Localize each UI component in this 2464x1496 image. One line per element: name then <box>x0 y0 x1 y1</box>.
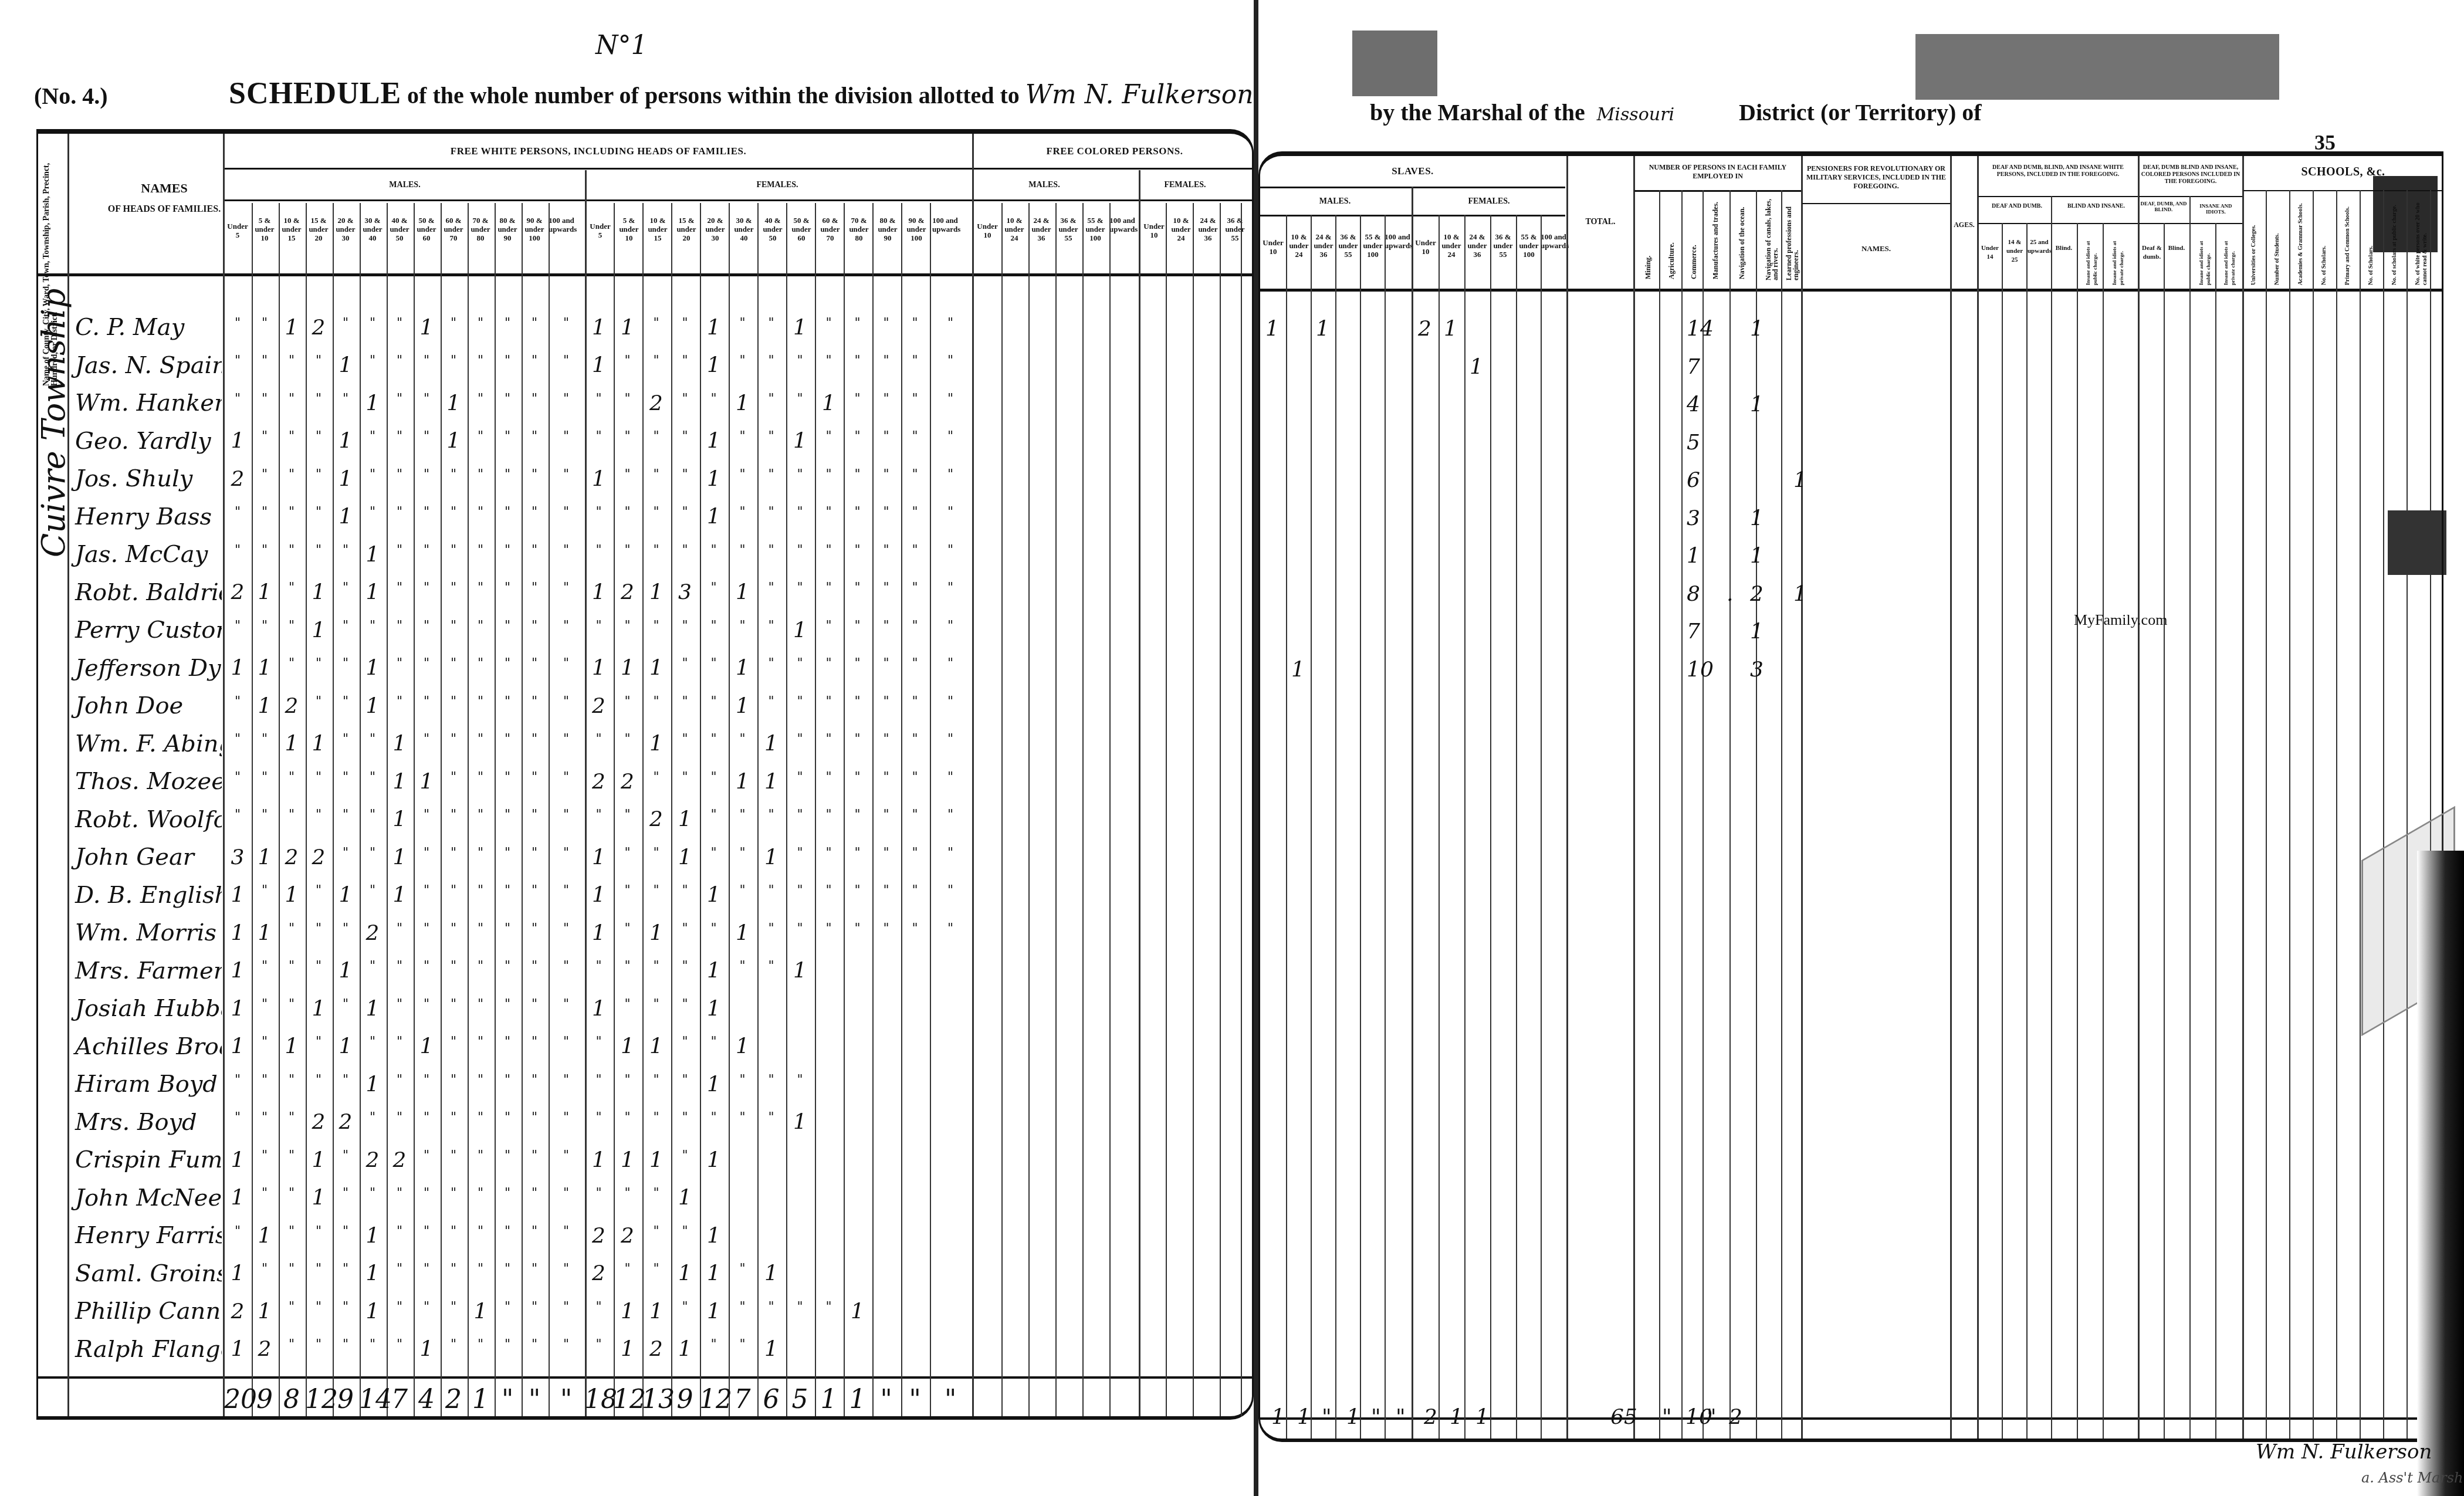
count-cell <box>872 1148 901 1172</box>
count-cell: " <box>699 845 728 869</box>
count-cell: 3 <box>224 845 251 869</box>
count-cell: " <box>305 1337 332 1361</box>
age-col-label: Under 5 <box>587 222 613 239</box>
count-cell: " <box>642 770 671 794</box>
count-cell: " <box>386 656 413 680</box>
count-cell: " <box>671 1224 699 1248</box>
count-cell: " <box>521 959 548 983</box>
count-cell: 1 <box>359 1224 386 1248</box>
count-cell: 1 <box>224 1186 251 1210</box>
deaf-white-sub: DEAF AND DUMB. <box>1979 203 2055 209</box>
count-cell: " <box>548 959 584 983</box>
column-divider <box>1801 156 1803 1439</box>
count-cell: 1 <box>251 1224 278 1248</box>
count-cell: " <box>584 1299 613 1324</box>
age-col-label: 36 & under 55 <box>1055 216 1081 242</box>
count-cell: " <box>521 1034 548 1058</box>
count-cell: " <box>332 618 359 642</box>
count-cell: " <box>521 1072 548 1096</box>
count-cell: 1 <box>278 883 305 907</box>
count-cell <box>901 1072 929 1096</box>
count-cell: " <box>901 921 929 945</box>
count-cell: " <box>699 732 728 756</box>
total-cell: " <box>494 1385 521 1414</box>
count-cell <box>843 959 872 983</box>
household-row: Achilles Broadhead1"1"1""1""""""11""1 <box>40 1028 1248 1066</box>
count-cell: " <box>548 580 584 604</box>
slave-count-cell: 1 <box>1291 658 1305 682</box>
count-cell <box>757 1034 786 1058</box>
household-row: Hiram Boyd"""""1"""""""""""1""" <box>40 1065 1248 1104</box>
count-cell: " <box>251 505 278 529</box>
age-col-label: 40 & under 50 <box>760 216 786 242</box>
count-cell <box>786 1148 814 1172</box>
age-col-label: 50 & under 60 <box>788 216 814 242</box>
count-cell: " <box>786 921 814 945</box>
count-cell: " <box>359 353 386 377</box>
total-cell: " <box>929 1385 972 1414</box>
count-cell: 1 <box>699 997 728 1021</box>
count-cell: " <box>278 1261 305 1285</box>
employed-count-cell: 1 <box>1750 544 1764 568</box>
count-cell: " <box>671 883 699 907</box>
count-cell: " <box>494 997 521 1021</box>
count-cell: " <box>278 391 305 415</box>
count-cell: 2 <box>386 1148 413 1172</box>
count-cell: " <box>521 467 548 491</box>
count-cell: 2 <box>613 1224 642 1248</box>
count-cell: " <box>671 656 699 680</box>
column-divider <box>2289 190 2290 1439</box>
head-of-family-name: Hiram Boyd <box>40 1071 222 1098</box>
count-cell: " <box>467 921 494 945</box>
column-divider <box>2215 223 2216 1439</box>
count-cell: " <box>814 429 843 453</box>
count-cell: " <box>699 921 728 945</box>
deaf-col-label: 14 & under 25 <box>2003 238 2026 265</box>
count-cell: " <box>494 1110 521 1134</box>
count-cell: " <box>386 467 413 491</box>
count-cell <box>843 1337 872 1361</box>
count-cell: " <box>278 770 305 794</box>
count-cell: " <box>251 1186 278 1210</box>
count-cell: " <box>440 543 467 567</box>
totals-rule <box>1260 1417 2442 1420</box>
count-cell: " <box>359 505 386 529</box>
count-cell: " <box>901 883 929 907</box>
count-cell: " <box>278 959 305 983</box>
count-cell: 1 <box>359 1072 386 1096</box>
head-of-family-name: Achilles Broadhead <box>40 1033 222 1060</box>
count-cell: " <box>386 997 413 1021</box>
count-cell: " <box>814 618 843 642</box>
count-cell: " <box>548 807 584 831</box>
count-cell <box>728 1148 757 1172</box>
count-cell: " <box>332 580 359 604</box>
count-cell: " <box>305 921 332 945</box>
count-cell: " <box>440 656 467 680</box>
count-cell: 1 <box>728 580 757 604</box>
count-cell: " <box>305 770 332 794</box>
count-cell: " <box>929 618 972 642</box>
age-col-label: 40 & under 50 <box>387 216 412 242</box>
count-cell: " <box>613 694 642 718</box>
column-divider <box>1360 215 1361 1439</box>
count-cell: " <box>521 543 548 567</box>
count-cell <box>872 1110 901 1134</box>
group-rule <box>2139 196 2242 197</box>
count-cell: " <box>642 618 671 642</box>
age-col-label: 5 & under 10 <box>252 216 277 242</box>
count-cell: " <box>728 1072 757 1096</box>
count-cell: " <box>386 1337 413 1361</box>
count-cell: " <box>872 656 901 680</box>
count-cell: " <box>584 429 613 453</box>
column-divider <box>2383 190 2384 1439</box>
household-row: John Doe"12""1"""""""2""""1""""""" <box>40 687 1248 725</box>
count-cell: 1 <box>359 997 386 1021</box>
count-cell: " <box>613 353 642 377</box>
age-col-label: 20 & under 30 <box>333 216 358 242</box>
row-total-cell: 5 <box>1687 431 1700 455</box>
count-cell: " <box>386 1034 413 1058</box>
household-row: Saml. Groins1""""1"""""""2""11"1 <box>40 1255 1248 1293</box>
household-row: Thos. Mozee""""""11"""""22"""11"""""" <box>40 763 1248 801</box>
schools-col-label: Primary and Common Schools. <box>2344 197 2351 285</box>
employed-count-cell: 1 <box>1750 620 1764 644</box>
count-cell: 1 <box>305 1186 332 1210</box>
count-cell: " <box>929 467 972 491</box>
head-of-family-name: John Gear <box>40 844 222 871</box>
employed-col-label: Mining. <box>1644 209 1651 279</box>
count-cell: " <box>757 580 786 604</box>
count-cell: 1 <box>642 580 671 604</box>
count-cell: " <box>548 316 584 340</box>
count-cell: " <box>814 694 843 718</box>
count-cell: 1 <box>305 580 332 604</box>
household-row: Wm. Morris11"""2"""""""1"1""1""""""" <box>40 914 1248 952</box>
header-suffix: District (or Territory) of <box>1739 99 1982 126</box>
count-cell: " <box>671 618 699 642</box>
count-cell: " <box>548 770 584 794</box>
count-cell: 1 <box>786 1110 814 1134</box>
count-cell: " <box>251 391 278 415</box>
count-cell: " <box>929 580 972 604</box>
count-cell: 1 <box>224 921 251 945</box>
count-cell: " <box>814 656 843 680</box>
count-cell: " <box>278 997 305 1021</box>
count-cell: 1 <box>386 807 413 831</box>
count-cell: " <box>548 391 584 415</box>
count-cell: " <box>671 391 699 415</box>
count-cell: " <box>548 1337 584 1361</box>
age-col-label: 100 and upwards <box>1385 232 1410 250</box>
total-cell: " <box>872 1385 901 1414</box>
count-cell: 1 <box>699 1224 728 1248</box>
employed-header: NUMBER OF PERSONS IN EACH FAMILY EMPLOYE… <box>1636 163 1800 181</box>
count-cell: " <box>440 807 467 831</box>
count-cell <box>814 1034 843 1058</box>
age-col-label: 15 & under 20 <box>673 216 699 242</box>
count-cell: " <box>359 959 386 983</box>
colored-males-label: MALES. <box>977 181 1112 190</box>
count-cell: 1 <box>386 732 413 756</box>
count-cell: " <box>440 1299 467 1324</box>
age-col-label: 100 and upwards <box>549 216 574 233</box>
count-cell: 1 <box>642 1299 671 1324</box>
count-cell: 1 <box>699 353 728 377</box>
employed-count-cell: 3 <box>1750 658 1764 682</box>
age-col-label: 70 & under 80 <box>468 216 493 242</box>
count-cell: 1 <box>359 656 386 680</box>
column-divider <box>1756 190 1757 1439</box>
count-cell: 1 <box>843 1299 872 1324</box>
subgroup-rule <box>225 199 972 201</box>
employed-col-label: Manufactures and trades. <box>1712 197 1719 279</box>
count-cell: " <box>901 656 929 680</box>
count-cell: " <box>278 656 305 680</box>
count-cell <box>757 1186 786 1210</box>
count-cell: 1 <box>332 505 359 529</box>
count-cell: " <box>642 467 671 491</box>
count-cell <box>786 997 814 1021</box>
count-cell: 1 <box>671 1186 699 1210</box>
page-mark: N°1 <box>595 31 648 60</box>
count-cell: 2 <box>305 1110 332 1134</box>
count-cell: " <box>440 1034 467 1058</box>
count-cell: " <box>901 580 929 604</box>
head-of-family-name: Geo. Yardly <box>40 428 222 455</box>
count-cell <box>929 1299 972 1324</box>
count-cell: " <box>521 505 548 529</box>
tape-patch <box>1915 34 2279 100</box>
count-cell: " <box>413 1148 440 1172</box>
count-cell: 1 <box>728 921 757 945</box>
row-total-cell: 3 <box>1687 506 1700 530</box>
count-cell: " <box>786 505 814 529</box>
count-cell: " <box>814 845 843 869</box>
count-cell <box>872 1224 901 1248</box>
total-cell: 20 <box>224 1385 251 1414</box>
count-cell: " <box>757 316 786 340</box>
deaf-white-sub: BLIND AND INSANE. <box>2058 203 2134 209</box>
count-cell: " <box>872 543 901 567</box>
count-cell: " <box>413 883 440 907</box>
count-cell: 1 <box>728 1034 757 1058</box>
count-cell <box>843 997 872 1021</box>
column-divider <box>2002 223 2003 1439</box>
count-cell: " <box>786 845 814 869</box>
count-cell: 2 <box>359 921 386 945</box>
row-total-cell: 6 <box>1687 468 1700 492</box>
count-cell: " <box>521 316 548 340</box>
count-cell: " <box>413 467 440 491</box>
column-divider <box>2103 223 2104 1439</box>
count-cell: " <box>467 391 494 415</box>
count-cell: 1 <box>584 883 613 907</box>
slave-count-cell: 1 <box>1470 355 1483 379</box>
household-row: Josiah Hubbard1""1"1"""""""1"""1 <box>40 990 1248 1028</box>
count-cell: 1 <box>699 429 728 453</box>
household-row: Robt. Baldridge21"1"1"""""""1213"1""""""… <box>40 574 1248 612</box>
count-cell <box>843 1072 872 1096</box>
count-cell: " <box>332 1299 359 1324</box>
count-cell: " <box>521 1148 548 1172</box>
deaf-colored-sub: INSANE AND IDIOTS. <box>2190 203 2242 215</box>
count-cell: " <box>467 1337 494 1361</box>
column-divider <box>1729 190 1731 1439</box>
household-row: Jos. Shuly2"""1""""""""1"""1"""""""" <box>40 460 1248 498</box>
count-cell: " <box>521 1299 548 1324</box>
employed-total-cell: " <box>1707 1405 1717 1429</box>
header-bottom-rule <box>38 273 1252 276</box>
count-cell: " <box>642 845 671 869</box>
count-cell: " <box>440 1224 467 1248</box>
count-cell: 1 <box>386 770 413 794</box>
count-cell: " <box>699 543 728 567</box>
count-cell: " <box>386 353 413 377</box>
head-of-family-name: Phillip Cannon <box>40 1298 222 1325</box>
count-cell <box>929 1034 972 1058</box>
count-cell: 1 <box>642 1034 671 1058</box>
count-cell: " <box>440 618 467 642</box>
count-cell: " <box>671 1110 699 1134</box>
count-cell: " <box>413 1110 440 1134</box>
count-cell: " <box>278 543 305 567</box>
count-cell: 1 <box>613 656 642 680</box>
count-cell: " <box>332 770 359 794</box>
count-cell: " <box>440 694 467 718</box>
age-col-label: 10 & under 15 <box>279 216 304 242</box>
count-cell: 1 <box>642 656 671 680</box>
column-divider <box>1311 215 1312 1439</box>
count-cell: 1 <box>699 1148 728 1172</box>
count-cell: " <box>548 1148 584 1172</box>
count-cell: " <box>929 883 972 907</box>
deaf-col-label: Insane and idiots at public charge. <box>2084 226 2099 285</box>
count-cell <box>814 1110 843 1134</box>
count-cell: " <box>584 543 613 567</box>
count-cell: " <box>224 694 251 718</box>
count-cell: 2 <box>305 316 332 340</box>
count-cell: " <box>224 732 251 756</box>
column-divider <box>1659 190 1660 1439</box>
age-col-label: 36 & under 55 <box>1490 232 1516 259</box>
count-cell: " <box>413 543 440 567</box>
count-cell: " <box>521 656 548 680</box>
household-row: Mrs. Farmer1"""1""""""""""""1""1 <box>40 952 1248 990</box>
row-total-cell: 1 <box>1687 544 1700 568</box>
count-cell: " <box>671 694 699 718</box>
count-cell: " <box>843 316 872 340</box>
count-cell: " <box>786 580 814 604</box>
column-divider <box>1464 215 1465 1439</box>
count-cell: " <box>548 845 584 869</box>
count-cell: 1 <box>224 656 251 680</box>
count-cell <box>872 1337 901 1361</box>
age-col-label: 60 & under 70 <box>441 216 466 242</box>
count-cell: " <box>224 391 251 415</box>
count-cell: " <box>278 1299 305 1324</box>
count-cell: 1 <box>440 429 467 453</box>
count-cell: " <box>386 1072 413 1096</box>
count-cell: " <box>494 1299 521 1324</box>
count-cell: " <box>413 1186 440 1210</box>
count-cell: " <box>359 807 386 831</box>
age-col-label: 55 & under 100 <box>1360 232 1386 259</box>
count-cell: " <box>305 1072 332 1096</box>
head-of-family-name: Josiah Hubbard <box>40 995 222 1022</box>
head-of-family-name: D. B. English <box>40 882 222 909</box>
age-col-label: 10 & under 24 <box>1001 216 1027 242</box>
head-of-family-name: Henry Farris <box>40 1222 222 1249</box>
count-cell: " <box>494 732 521 756</box>
count-cell <box>901 1337 929 1361</box>
count-cell: " <box>413 429 440 453</box>
count-cell: 2 <box>224 1299 251 1324</box>
count-cell: " <box>613 1110 642 1134</box>
count-cell: 1 <box>728 656 757 680</box>
count-cell: " <box>251 1148 278 1172</box>
age-col-label: Under 10 <box>1413 238 1439 256</box>
total-header: TOTAL. <box>1568 218 1633 227</box>
deaf-colored-header: DEAF, DUMB BLIND AND INSANE, COLORED PER… <box>2139 164 2242 185</box>
age-col-label: 24 & under 36 <box>1195 216 1221 242</box>
free-colored-header: FREE COLORED PERSONS. <box>977 145 1253 157</box>
column-divider <box>2336 190 2337 1439</box>
employed-total-cell: " <box>1662 1405 1672 1429</box>
head-of-family-name: John McNeely <box>40 1184 222 1211</box>
count-cell: " <box>843 656 872 680</box>
slave-total-cell: 1 <box>1297 1405 1311 1429</box>
count-cell: " <box>413 580 440 604</box>
column-divider <box>1703 190 1704 1439</box>
count-cell: " <box>843 391 872 415</box>
count-cell: " <box>305 959 332 983</box>
group-rule <box>974 168 1253 170</box>
count-cell: 1 <box>757 1261 786 1285</box>
count-cell <box>843 1186 872 1210</box>
count-cell: " <box>251 1110 278 1134</box>
count-cell: " <box>386 618 413 642</box>
count-cell: " <box>548 1261 584 1285</box>
count-cell <box>872 959 901 983</box>
column-divider <box>1286 215 1287 1439</box>
count-cell: " <box>728 845 757 869</box>
count-cell: " <box>332 1148 359 1172</box>
column-divider <box>1490 215 1491 1439</box>
count-cell: " <box>757 467 786 491</box>
count-cell: " <box>332 391 359 415</box>
group-rule <box>2243 190 2443 191</box>
count-cell: " <box>872 807 901 831</box>
count-cell <box>872 1186 901 1210</box>
count-cell <box>699 1186 728 1210</box>
head-of-family-name: Robt. Baldridge <box>40 579 222 606</box>
count-cell: 1 <box>305 618 332 642</box>
count-cell <box>929 1186 972 1210</box>
count-cell: " <box>671 353 699 377</box>
count-cell: 1 <box>814 391 843 415</box>
count-cell: " <box>521 770 548 794</box>
count-cell: " <box>224 353 251 377</box>
count-cell: " <box>467 997 494 1021</box>
count-cell: " <box>467 353 494 377</box>
count-cell: " <box>494 1224 521 1248</box>
count-cell: " <box>901 543 929 567</box>
count-cell: " <box>671 429 699 453</box>
count-cell: " <box>786 467 814 491</box>
